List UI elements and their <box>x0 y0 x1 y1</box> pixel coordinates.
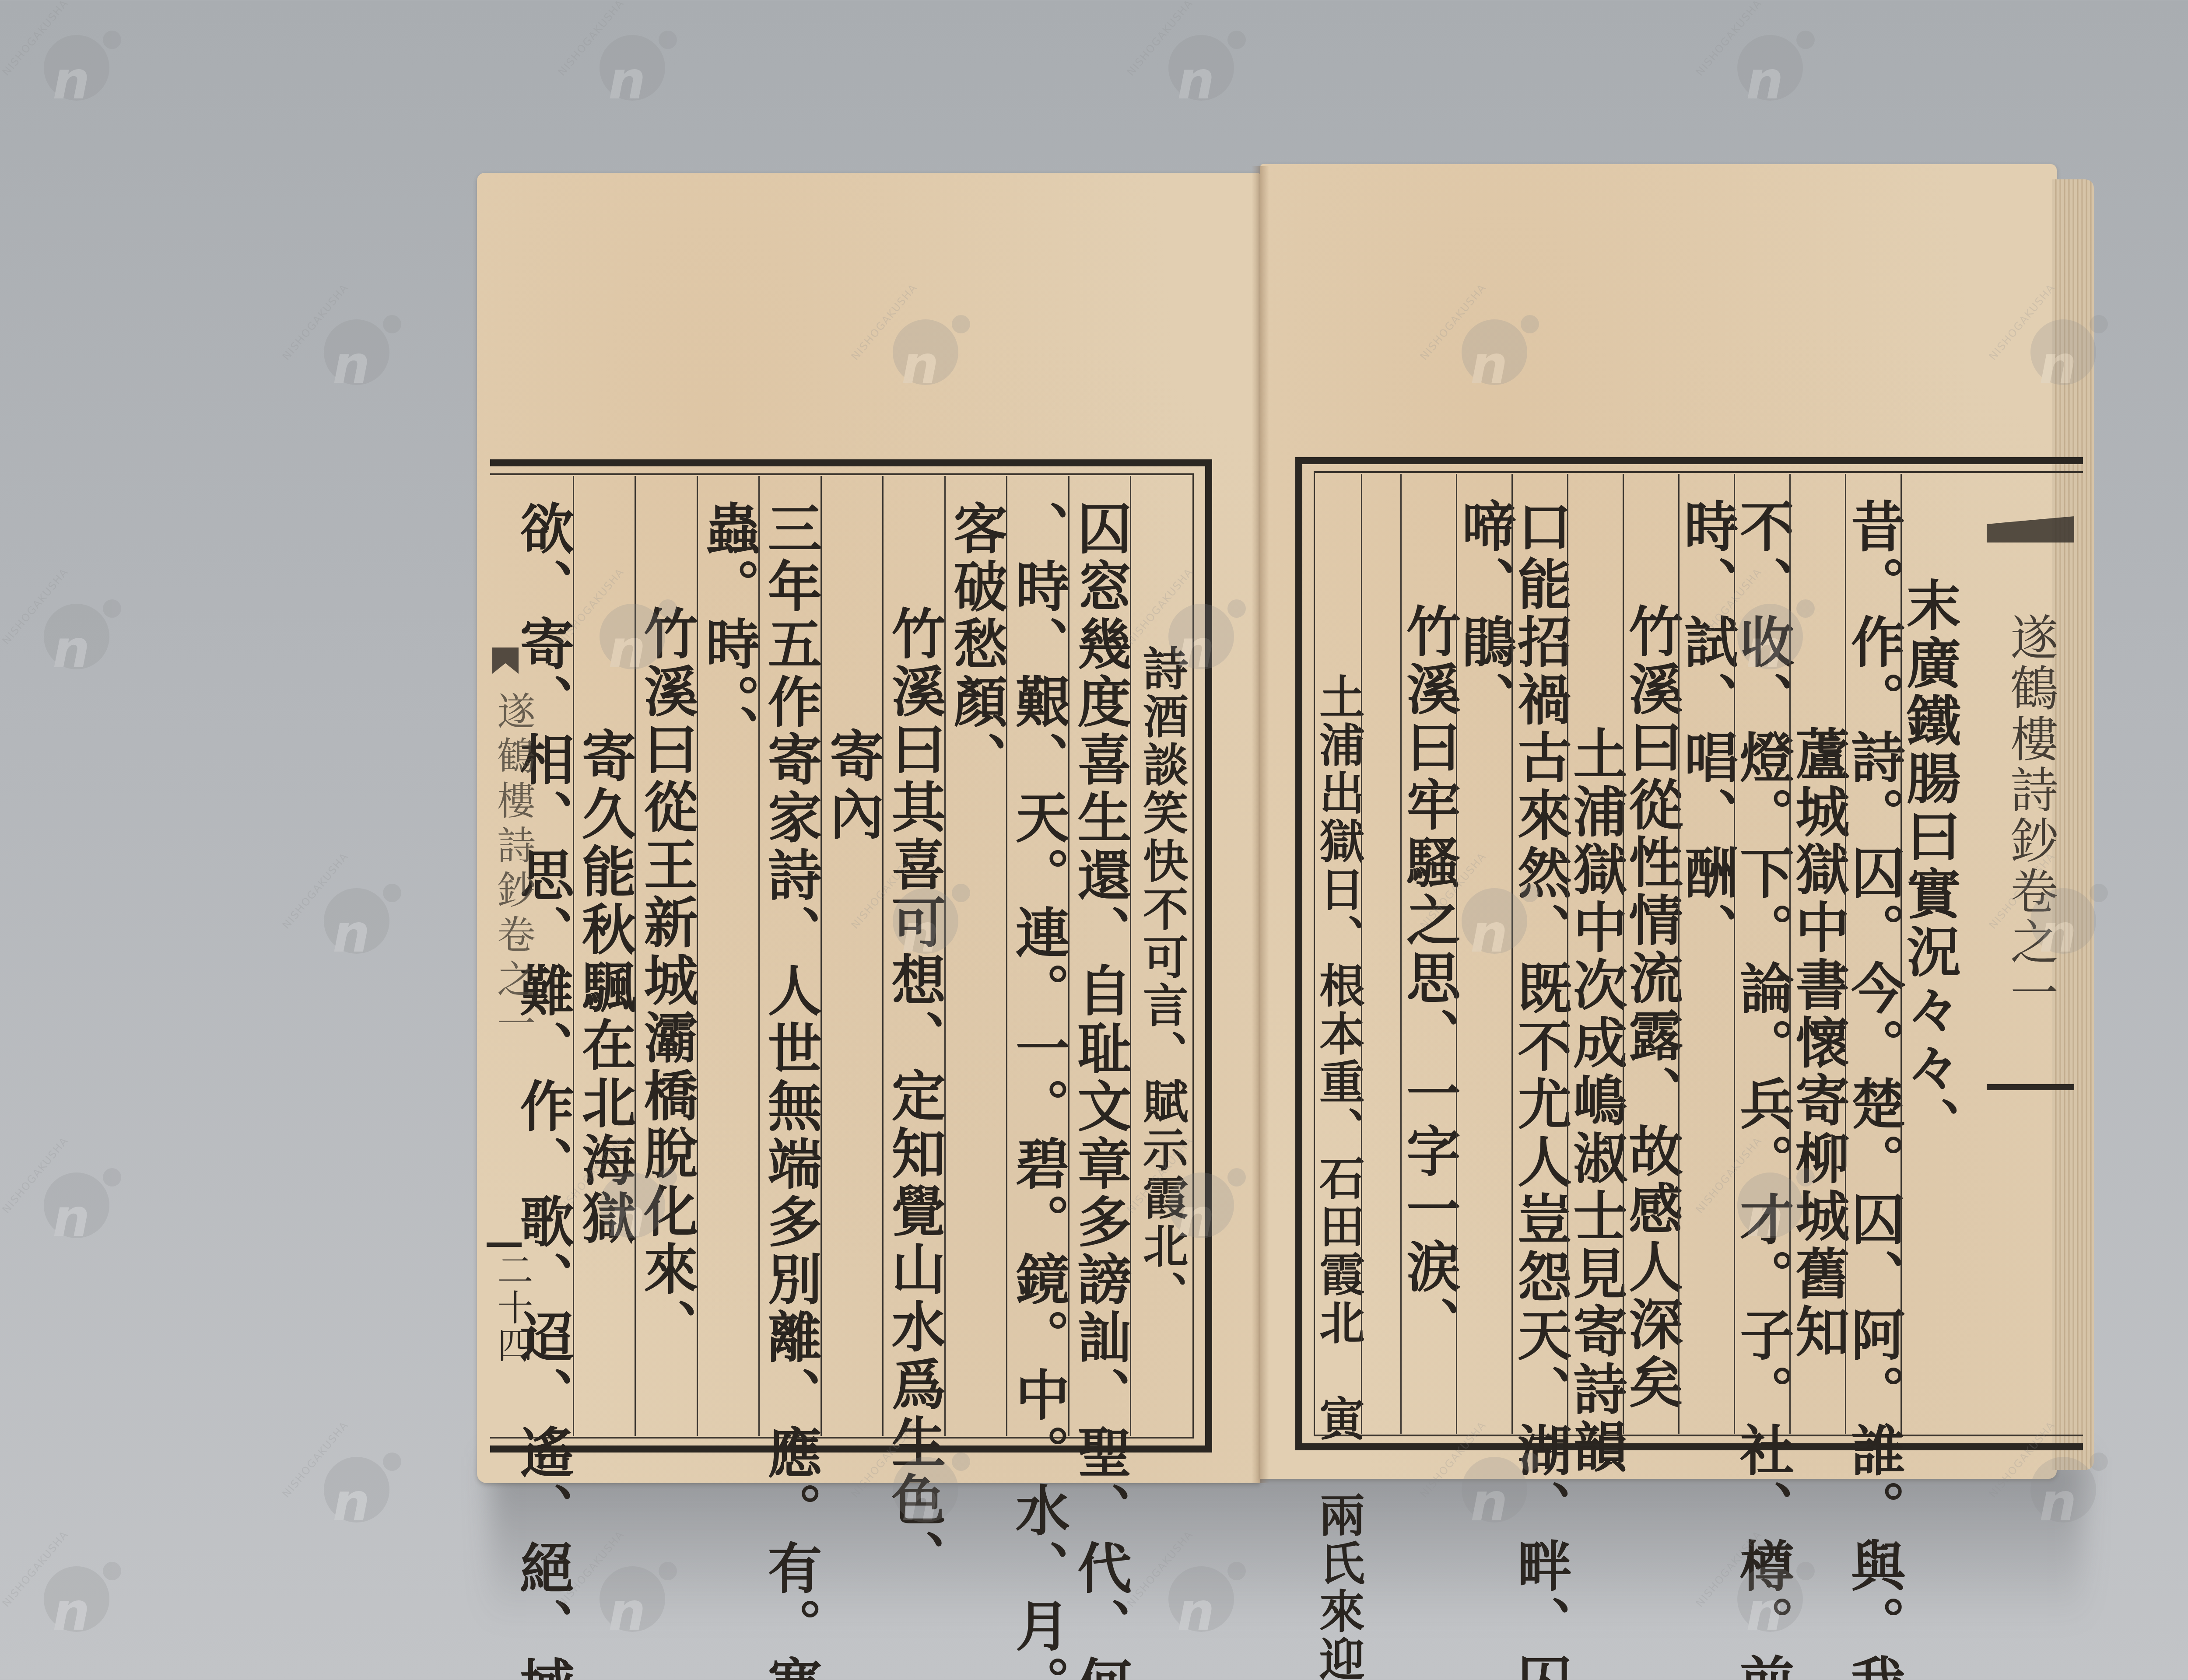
watermark-logo-icon: nNISHOGAKUSHA <box>582 13 678 109</box>
watermark-logo-icon: nNISHOGAKUSHA <box>1151 13 1247 109</box>
text-column: 竹溪曰從王新城灞橋脫化來、 <box>635 476 697 1436</box>
column-text: 末廣鐵腸曰實況々々、 <box>1902 498 1956 1434</box>
column-text: 口能招禍古來然、既不尤人豈怨天、湖、畔、囚、窓、微、雨、夕、孤、衾、枕、上、急、 <box>1513 498 1567 1434</box>
text-column: 、時、艱、天。連。一。碧。鏡。中。水、月。映。雙。尖。雨。後。山、多謝風流故人意… <box>1006 476 1068 1436</box>
watermark-logo-icon: nNISHOGAKUSHA <box>306 866 403 962</box>
column-text: 蘆城獄中書懷寄柳城舊知 <box>1791 498 1845 1434</box>
text-column: 啼、鵑、 <box>1456 474 1511 1434</box>
column-text: 昔。作。詩。囚。今。楚。囚、阿。誰。與。我。話。曾。遊、不、多、天、影、費、仍、… <box>1846 498 1900 1434</box>
column-text: 竹溪曰牢騷之思、一字一涙、 <box>1402 498 1456 1434</box>
text-column: 竹溪曰牢騷之思、一字一涙、 <box>1400 474 1456 1434</box>
text-column: 口能招禍古來然、既不尤人豈怨天、湖、畔、囚、窓、微、雨、夕、孤、衾、枕、上、急、 <box>1511 474 1567 1434</box>
text-column: 客破愁顏、 <box>944 476 1006 1436</box>
text-column: 時、試、唱、酬、 <box>1678 474 1734 1434</box>
column-text: 不、收、燈。下。論。兵。才。子。社、樽。前。結。客。美。人。樓、回、頭、歷、々、… <box>1735 498 1789 1434</box>
left-margin-strip: 遂鶴樓詩鈔卷之一 <box>486 647 525 1260</box>
text-column: 蘆城獄中書懷寄柳城舊知 <box>1789 474 1845 1434</box>
text-column: 寄久能秋颿在北海獄 <box>573 476 635 1436</box>
column-text: 啼、鵑、 <box>1457 498 1511 1434</box>
page-number-rule <box>487 1242 522 1247</box>
text-column: 囚窓幾度喜生還、自耻文章多謗訕、聖、代、何、須、陳、世、弊、微、軀、只、要、濟、 <box>1068 476 1130 1436</box>
watermark-logo-icon: nNISHOGAKUSHA <box>26 582 123 678</box>
running-title: 遂鶴樓詩鈔卷之一 <box>1996 612 2065 1018</box>
text-column: 土浦獄中次成嶋淑士見寄詩韻 <box>1567 474 1623 1434</box>
margin-rule <box>1987 1084 2074 1090</box>
column-text: 寄久能秋颿在北海獄 <box>577 500 631 1436</box>
fish-tail-ornament-icon <box>492 647 519 674</box>
text-column: 三年五作寄家詩、人世無端多別離、應。有。寒。閨。相。憶。涙、秋。風。秋。雨。聽。 <box>758 476 820 1436</box>
text-column <box>1361 474 1400 1434</box>
column-text: 時、試、唱、酬、 <box>1680 498 1734 1434</box>
book-gutter <box>1252 166 1269 1483</box>
text-column: 蟲。時。、 <box>697 476 759 1436</box>
running-title: 遂鶴樓詩鈔卷之一 <box>486 691 541 1048</box>
column-text: 三年五作寄家詩、人世無端多別離、應。有。寒。閨。相。憶。涙、秋。風。秋。雨。聽。 <box>763 500 817 1436</box>
text-column: 末廣鐵腸曰實況々々、 <box>1900 474 1956 1434</box>
watermark-logo-icon: nNISHOGAKUSHA <box>26 1544 123 1641</box>
left-columns: 詩酒談笑快不可言、賦示霞北、 囚窓幾度喜生還、自耻文章多謗訕、聖、代、何、須、陳… <box>512 476 1192 1436</box>
column-text: 土浦出獄日、根本重、石田霞北 寅 兩氏來迎、放舟於霞浦、 <box>1315 498 1361 1434</box>
column-text: 、時、艱、天。連。一。碧。鏡。中。水、月。映。雙。尖。雨。後。山、多謝風流故人意… <box>1011 500 1065 1436</box>
watermark-logo-icon: nNISHOGAKUSHA <box>26 1151 123 1247</box>
column-text: 寄內 <box>825 500 879 1436</box>
column-text: 竹溪曰從性情流露、故感人深矣 <box>1624 498 1678 1434</box>
text-column: 不、收、燈。下。論。兵。才。子。社、樽。前。結。客。美。人。樓、回、頭、歷、々、… <box>1734 474 1789 1434</box>
right-margin-strip: 遂鶴樓詩鈔卷之一 <box>1987 516 2074 1015</box>
column-text: 蟲。時。、 <box>701 500 755 1436</box>
watermark-logo-icon: nNISHOGAKUSHA <box>306 1435 403 1531</box>
column-text: 詩酒談笑快不可言、賦示霞北、 <box>1139 500 1185 1436</box>
fish-tail-ornament-icon <box>1987 516 2074 542</box>
left-text-frame: 詩酒談笑快不可言、賦示霞北、 囚窓幾度喜生還、自耻文章多謗訕、聖、代、何、須、陳… <box>490 459 1212 1452</box>
watermark-logo-icon: nNISHOGAKUSHA <box>306 297 403 394</box>
text-column: 昔。作。詩。囚。今。楚。囚、阿。誰。與。我。話。曾。遊、不、多、天、影、費、仍、… <box>1845 474 1900 1434</box>
column-text: 囚窓幾度喜生還、自耻文章多謗訕、聖、代、何、須、陳、世、弊、微、軀、只、要、濟、 <box>1073 500 1127 1436</box>
column-text: 竹溪曰其喜可想、定知覺山水爲生色、 <box>887 500 941 1436</box>
watermark-logo-icon: nNISHOGAKUSHA <box>1720 13 1816 109</box>
text-column: 竹溪曰從性情流露、故感人深矣 <box>1623 474 1678 1434</box>
text-column: 詩酒談笑快不可言、賦示霞北、 <box>1130 476 1192 1436</box>
right-text-frame: 末廣鐵腸曰實況々々、 昔。作。詩。囚。今。楚。囚、阿。誰。與。我。話。曾。遊、不… <box>1295 457 2083 1450</box>
text-column: 土浦出獄日、根本重、石田霞北 寅 兩氏來迎、放舟於霞浦、 <box>1315 474 1361 1434</box>
column-text: 客破愁顏、 <box>949 500 1003 1436</box>
column-text: 竹溪曰從王新城灞橋脫化來、 <box>639 500 693 1436</box>
right-columns: 末廣鐵腸曰實況々々、 昔。作。詩。囚。今。楚。囚、阿。誰。與。我。話。曾。遊、不… <box>1315 474 1956 1434</box>
text-column: 竹溪曰其喜可想、定知覺山水爲生色、 <box>882 476 944 1436</box>
text-column: 寄內 <box>820 476 883 1436</box>
column-text: 土浦獄中次成嶋淑士見寄詩韻 <box>1568 498 1623 1434</box>
page-number: 二十四 <box>487 1251 538 1364</box>
watermark-logo-icon: nNISHOGAKUSHA <box>26 13 123 109</box>
